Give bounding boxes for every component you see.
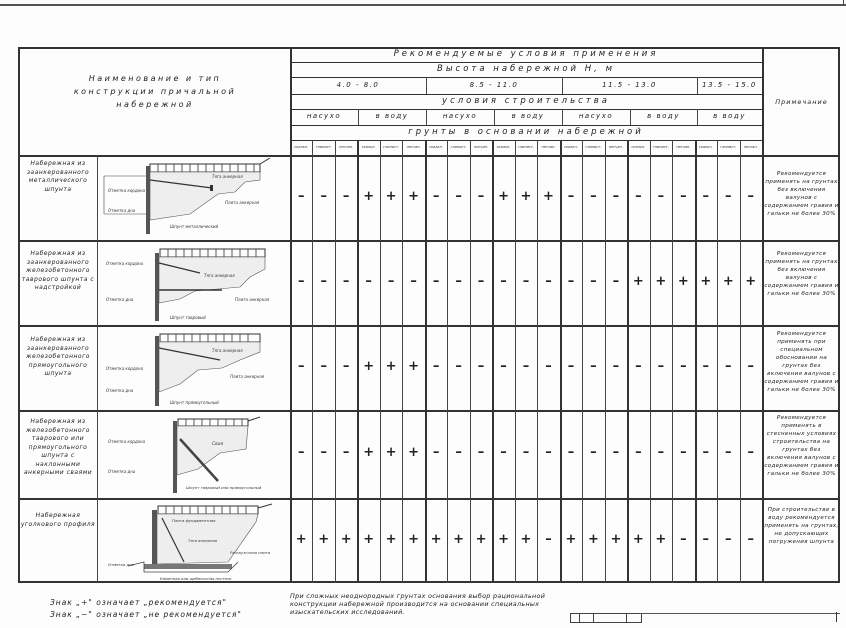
column-divider xyxy=(97,155,98,583)
svg-text:Отметка дна: Отметка дна xyxy=(106,388,134,393)
note-row-5: При строительстве в воду рекомендуется п… xyxy=(764,506,839,546)
header-divider xyxy=(290,77,762,78)
mark-not-recommended: – xyxy=(672,532,694,547)
mark-not-recommended: – xyxy=(447,359,469,374)
mark-not-recommended: – xyxy=(335,445,357,460)
mark-not-recommended: – xyxy=(627,359,649,374)
title-block-corner xyxy=(836,612,845,622)
soil-type-label: скальн. xyxy=(492,145,514,149)
mark-not-recommended: – xyxy=(605,189,627,204)
mark-not-recommended: – xyxy=(425,274,447,289)
mark-not-recommended: – xyxy=(335,359,357,374)
title-block xyxy=(570,613,642,623)
title-block-cell xyxy=(626,614,642,623)
condition-label: насухо xyxy=(290,112,358,120)
mark-not-recommended: – xyxy=(560,445,582,460)
mark-recommended: + xyxy=(447,532,469,547)
mark-not-recommended: – xyxy=(312,445,334,460)
soil-type-label: скальн. xyxy=(425,145,447,149)
mark-not-recommended: – xyxy=(402,274,424,289)
mark-not-recommended: – xyxy=(470,189,492,204)
svg-text:Отметка дна: Отметка дна xyxy=(108,469,136,474)
mark-not-recommended: – xyxy=(537,445,559,460)
svg-text:Тяга анкерная: Тяга анкерная xyxy=(204,273,235,278)
header-divider xyxy=(290,62,762,63)
mark-not-recommended: – xyxy=(515,274,537,289)
mark-not-recommended: – xyxy=(335,274,357,289)
header-recommended-conditions: Рекомендуемые условия применения xyxy=(290,49,762,59)
condition-label: насухо xyxy=(426,112,494,120)
note-row-3: Рекомендуется применять при специальном … xyxy=(764,330,839,394)
mark-not-recommended: – xyxy=(560,274,582,289)
mark-not-recommended: – xyxy=(425,445,447,460)
mark-recommended: + xyxy=(335,532,357,547)
mark-not-recommended: – xyxy=(492,359,514,374)
svg-text:Отметка кордона: Отметка кордона xyxy=(106,366,144,371)
mark-not-recommended: – xyxy=(672,189,694,204)
header-divider xyxy=(290,109,762,110)
mark-recommended: + xyxy=(402,445,424,460)
svg-text:Разгрузочная плита: Разгрузочная плита xyxy=(230,550,271,555)
soil-type-label: песчан. xyxy=(605,145,627,149)
mark-not-recommended: – xyxy=(740,359,762,374)
mark-recommended: + xyxy=(357,189,379,204)
svg-text:Каменная или щебеночная постел: Каменная или щебеночная постель xyxy=(160,576,232,581)
svg-text:Тяга анкерная: Тяга анкерная xyxy=(212,348,243,353)
mark-recommended: + xyxy=(380,445,402,460)
mark-recommended: + xyxy=(402,359,424,374)
svg-text:Отметка кордона: Отметка кордона xyxy=(106,261,144,266)
soil-type-label: глинист. xyxy=(447,145,469,149)
title-block-line xyxy=(640,613,840,614)
soil-type-label: скальн. xyxy=(627,145,649,149)
mark-recommended: + xyxy=(470,532,492,547)
svg-text:Шпунт прямоугольный: Шпунт прямоугольный xyxy=(170,400,219,405)
mark-not-recommended: – xyxy=(515,359,537,374)
mark-recommended: + xyxy=(357,532,379,547)
mark-recommended: + xyxy=(672,274,694,289)
mark-not-recommended: – xyxy=(492,274,514,289)
svg-text:Отметка дна: Отметка дна xyxy=(108,562,135,567)
condition-label: в воду xyxy=(630,112,697,120)
mark-not-recommended: – xyxy=(740,532,762,547)
notes-header: Примечание xyxy=(764,98,839,106)
row-header-line: Наименование и тип xyxy=(30,72,280,85)
svg-text:Тяга анкерная: Тяга анкерная xyxy=(188,538,218,543)
mark-not-recommended: – xyxy=(425,189,447,204)
mark-not-recommended: – xyxy=(335,189,357,204)
mark-recommended: + xyxy=(380,189,402,204)
mark-not-recommended: – xyxy=(290,445,312,460)
sketch-inclined-piles: Свая Шпунт тавровый или прямоугольный От… xyxy=(100,413,288,497)
mark-recommended: + xyxy=(425,532,447,547)
mark-not-recommended: – xyxy=(560,359,582,374)
header-foundation-soils: грунты в основании набережной xyxy=(290,127,762,137)
row-label-rect-sheet-pile: Набережная из заанкерованного железобето… xyxy=(20,336,96,379)
mark-recommended: + xyxy=(515,532,537,547)
soil-type-label: скальн. xyxy=(357,145,379,149)
mark-not-recommended: – xyxy=(447,445,469,460)
sketch-t-sheet-pile: Тяга анкерная Плита анкерная Шпунт тавро… xyxy=(100,243,288,323)
svg-text:Отметка кордона: Отметка кордона xyxy=(108,188,146,193)
mark-recommended: + xyxy=(560,532,582,547)
svg-text:Отметка дна: Отметка дна xyxy=(108,208,136,213)
mark-not-recommended: – xyxy=(312,189,334,204)
soil-type-label: песчан. xyxy=(672,145,694,149)
mark-recommended: + xyxy=(357,359,379,374)
row-header-line: набережной xyxy=(30,98,280,111)
title-block-cell xyxy=(593,614,627,623)
mark-not-recommended: – xyxy=(717,189,739,204)
soil-type-label: глинист. xyxy=(380,145,402,149)
row-label-l-profile: Набережная уголкового профиля xyxy=(20,512,96,529)
svg-text:Плита анкерная: Плита анкерная xyxy=(230,374,265,379)
mark-not-recommended: – xyxy=(357,274,379,289)
condition-label: насухо xyxy=(562,112,630,120)
mark-not-recommended: – xyxy=(470,445,492,460)
mark-not-recommended: – xyxy=(695,532,717,547)
mark-not-recommended: – xyxy=(605,359,627,374)
sketch-rect-sheet-pile: Тяга анкерная Плита анкерная Шпунт прямо… xyxy=(100,328,288,408)
mark-not-recommended: – xyxy=(537,532,559,547)
mark-recommended: + xyxy=(740,274,762,289)
mark-not-recommended: – xyxy=(582,359,604,374)
condition-label: в воду xyxy=(358,112,426,120)
row-label-inclined-piles: Набережная из железобетонного таврового … xyxy=(20,418,96,478)
soil-type-label: скальн. xyxy=(695,145,717,149)
mark-recommended: + xyxy=(695,274,717,289)
header-construction-conditions: условия строительства xyxy=(290,96,762,106)
soil-type-label: глинист. xyxy=(312,145,334,149)
svg-text:Отметка дна: Отметка дна xyxy=(106,297,134,302)
mark-recommended: + xyxy=(402,532,424,547)
svg-text:Плита фундаментная: Плита фундаментная xyxy=(172,518,216,523)
mark-not-recommended: – xyxy=(717,445,739,460)
mark-recommended: + xyxy=(627,532,649,547)
note-row-1: Рекомендуется применять на грунтах без в… xyxy=(764,170,839,218)
mark-not-recommended: – xyxy=(650,445,672,460)
mark-not-recommended: – xyxy=(627,445,649,460)
sketch-metal-sheet-pile: Тяга анкерная Плита анкерная Шпунт метал… xyxy=(100,158,288,238)
mark-not-recommended: – xyxy=(627,189,649,204)
mark-not-recommended: – xyxy=(290,274,312,289)
height-range: 4.0 - 8.0 xyxy=(290,81,426,89)
mark-recommended: + xyxy=(312,532,334,547)
soil-type-label: глинист. xyxy=(650,145,672,149)
mark-not-recommended: – xyxy=(560,189,582,204)
svg-text:Шпунт тавровый: Шпунт тавровый xyxy=(170,315,206,320)
mark-not-recommended: – xyxy=(447,274,469,289)
mark-recommended: + xyxy=(605,532,627,547)
note-row-2: Рекомендуется применять на грунтах без в… xyxy=(764,250,839,298)
row-label-metal-sheet-pile: Набережная из заанкерованного металличес… xyxy=(20,160,96,194)
svg-text:Шпунт тавровый или прямоугольн: Шпунт тавровый или прямоугольный xyxy=(186,485,262,490)
mark-not-recommended: – xyxy=(470,359,492,374)
mark-not-recommended: – xyxy=(582,274,604,289)
mark-not-recommended: – xyxy=(740,189,762,204)
soil-type-label: песчан. xyxy=(740,145,762,149)
header-quay-height: Высота набережной H, м xyxy=(290,64,762,74)
soil-type-label: глинист. xyxy=(515,145,537,149)
mark-recommended: + xyxy=(650,274,672,289)
mark-not-recommended: – xyxy=(582,445,604,460)
header-divider xyxy=(290,94,762,95)
row-header-title: Наименование и тип конструкции причально… xyxy=(30,72,280,111)
mark-not-recommended: – xyxy=(605,274,627,289)
soil-type-label: песчан. xyxy=(335,145,357,149)
mark-recommended: + xyxy=(717,274,739,289)
mark-recommended: + xyxy=(380,359,402,374)
mark-recommended: + xyxy=(402,189,424,204)
soil-type-label: глинист. xyxy=(717,145,739,149)
sheet-corner-mark xyxy=(843,0,844,6)
mark-recommended: + xyxy=(492,532,514,547)
footnote: При сложных неоднородных грунтах основан… xyxy=(290,592,550,616)
mark-not-recommended: – xyxy=(312,359,334,374)
mark-recommended: + xyxy=(627,274,649,289)
mark-not-recommended: – xyxy=(650,359,672,374)
mark-not-recommended: – xyxy=(717,359,739,374)
mark-not-recommended: – xyxy=(380,274,402,289)
mark-recommended: + xyxy=(650,532,672,547)
header-divider xyxy=(290,140,762,141)
legend-plus: Знак „+" означает „рекомендуется" xyxy=(50,598,227,607)
svg-text:Плита анкерная: Плита анкерная xyxy=(235,297,270,302)
condition-label: в воду xyxy=(494,112,562,120)
svg-text:Свая: Свая xyxy=(212,441,224,447)
mark-not-recommended: – xyxy=(650,189,672,204)
mark-not-recommended: – xyxy=(740,445,762,460)
soil-type-label: песчан. xyxy=(470,145,492,149)
mark-not-recommended: – xyxy=(537,274,559,289)
column-divider xyxy=(762,47,764,583)
mark-not-recommended: – xyxy=(695,445,717,460)
soil-type-label: скальн. xyxy=(290,145,312,149)
legend-minus: Знак „−" означает „не рекомендуется" xyxy=(50,610,242,619)
mark-not-recommended: – xyxy=(290,359,312,374)
mark-not-recommended: – xyxy=(470,274,492,289)
mark-not-recommended: – xyxy=(515,445,537,460)
mark-not-recommended: – xyxy=(605,445,627,460)
mark-not-recommended: – xyxy=(492,445,514,460)
mark-not-recommended: – xyxy=(695,359,717,374)
soil-type-label: песчан. xyxy=(537,145,559,149)
mark-recommended: + xyxy=(492,189,514,204)
svg-text:Отметка кордона: Отметка кордона xyxy=(108,439,146,444)
row-label-t-sheet-pile: Набережная из заанкерованного железобето… xyxy=(20,250,96,293)
sketch-l-profile: Плита фундаментная Тяга анкерная Разгруз… xyxy=(100,500,288,582)
mark-not-recommended: – xyxy=(717,532,739,547)
height-range: 11.5 - 13.0 xyxy=(562,81,697,89)
mark-not-recommended: – xyxy=(425,359,447,374)
header-divider xyxy=(290,125,762,126)
mark-not-recommended: – xyxy=(672,359,694,374)
title-block-cell xyxy=(579,614,594,623)
mark-not-recommended: – xyxy=(695,189,717,204)
mark-not-recommended: – xyxy=(447,189,469,204)
mark-recommended: + xyxy=(290,532,312,547)
condition-label: в воду xyxy=(697,112,762,120)
svg-text:Плита анкерная: Плита анкерная xyxy=(225,200,260,205)
mark-recommended: + xyxy=(537,189,559,204)
row-header-line: конструкции причальной xyxy=(30,85,280,98)
mark-not-recommended: – xyxy=(582,189,604,204)
mark-not-recommended: – xyxy=(537,359,559,374)
mark-not-recommended: – xyxy=(290,189,312,204)
height-range: 13.5 - 15.0 xyxy=(697,81,762,89)
soil-type-label: песчан. xyxy=(402,145,424,149)
mark-recommended: + xyxy=(357,445,379,460)
soil-type-label: скальн. xyxy=(560,145,582,149)
mark-not-recommended: – xyxy=(672,445,694,460)
mark-recommended: + xyxy=(515,189,537,204)
mark-recommended: + xyxy=(582,532,604,547)
note-row-4: Рекомендуется применять в стесненных усл… xyxy=(764,414,839,478)
svg-text:Тяга анкерная: Тяга анкерная xyxy=(212,174,243,179)
height-range: 8.5 - 11.0 xyxy=(426,81,562,89)
soil-type-label: глинист. xyxy=(582,145,604,149)
mark-recommended: + xyxy=(380,532,402,547)
mark-not-recommended: – xyxy=(312,274,334,289)
sheet-top-border xyxy=(0,4,846,6)
svg-text:Шпунт металлический: Шпунт металлический xyxy=(170,224,218,229)
